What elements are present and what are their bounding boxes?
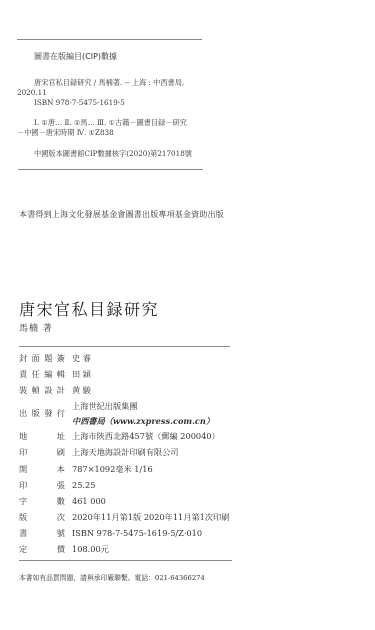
cip-heading: 圖書在版編目(CIP)數據 bbox=[34, 51, 117, 62]
publisher-imprint: 中西書局（www.zxpress.com.cn） bbox=[72, 416, 214, 427]
colophon-key: 定價 bbox=[19, 544, 65, 555]
colophon-key: 印張 bbox=[19, 480, 65, 491]
colophon-value: ISBN 978-7-5475-1619-5/Z·010 bbox=[72, 528, 202, 538]
cip-record-number: 中國版本圖書館CIP數據核字(2020)第217018號 bbox=[34, 149, 192, 159]
colophon-value: 461 000 bbox=[72, 496, 106, 506]
colophon-value: 25.25 bbox=[72, 480, 95, 490]
colophon-key: 地址 bbox=[19, 431, 65, 442]
colophon-key: 開本 bbox=[19, 464, 65, 475]
colophon-key: 裝幀設計 bbox=[19, 385, 65, 396]
cip-line-1: 唐宋官私目録研究 / 馬楠著. -- 上海 : 中西書局, bbox=[34, 78, 184, 88]
title-rule bbox=[19, 346, 230, 347]
quality-contact-note: 本書如有品質問題，請與承印廠聯繫。電話：021-64366274 bbox=[19, 572, 205, 582]
colophon-value: 黄 駿 bbox=[72, 385, 91, 396]
funding-note: 本書得到上海文化發展基金會圖書出版專項基金資助出版 bbox=[19, 209, 224, 220]
colophon-value: 上海市陝西北路457號（郵編 200040） bbox=[72, 431, 220, 442]
cip-bottom-rule bbox=[18, 169, 203, 170]
colophon-value: 2020年11月第1版 2020年11月第1次印刷 bbox=[72, 512, 229, 523]
colophon-key: 書號 bbox=[19, 528, 65, 539]
colophon-bottom-rule bbox=[19, 560, 232, 561]
cip-classification-1: Ⅰ. ①唐… Ⅱ. ①馬… Ⅲ. ①古籍－圖書目録－研究 bbox=[34, 118, 187, 128]
colophon-key: 字數 bbox=[19, 496, 65, 507]
colophon-value: 787×1092毫米 1/16 bbox=[72, 464, 153, 475]
colophon-key: 印刷 bbox=[19, 447, 65, 458]
colophon-value: 田 穎 bbox=[72, 369, 91, 380]
colophon-key: 版次 bbox=[19, 512, 65, 523]
author: 馬楠 著 bbox=[19, 321, 53, 334]
cip-line-2: 2020.11 bbox=[17, 88, 47, 97]
top-rule bbox=[17, 39, 202, 40]
cip-isbn: ISBN 978-7-5475-1619-5 bbox=[34, 98, 125, 107]
colophon-value: 史 睿 bbox=[72, 353, 91, 364]
colophon-value: 上海天地海設計印刷有限公司 bbox=[72, 447, 178, 458]
colophon-value: 上海世紀出版集團 bbox=[72, 401, 138, 412]
book-title: 唐宋官私目録研究 bbox=[19, 297, 159, 320]
colophon-value: 108.00元 bbox=[72, 544, 109, 555]
cip-classification-2: －中國－唐宋時期 Ⅳ. ①Z838 bbox=[17, 128, 114, 138]
colophon-key: 責任編輯 bbox=[19, 369, 65, 380]
colophon-key: 封面題簽 bbox=[19, 353, 65, 364]
colophon-key: 出版發行 bbox=[19, 408, 65, 419]
